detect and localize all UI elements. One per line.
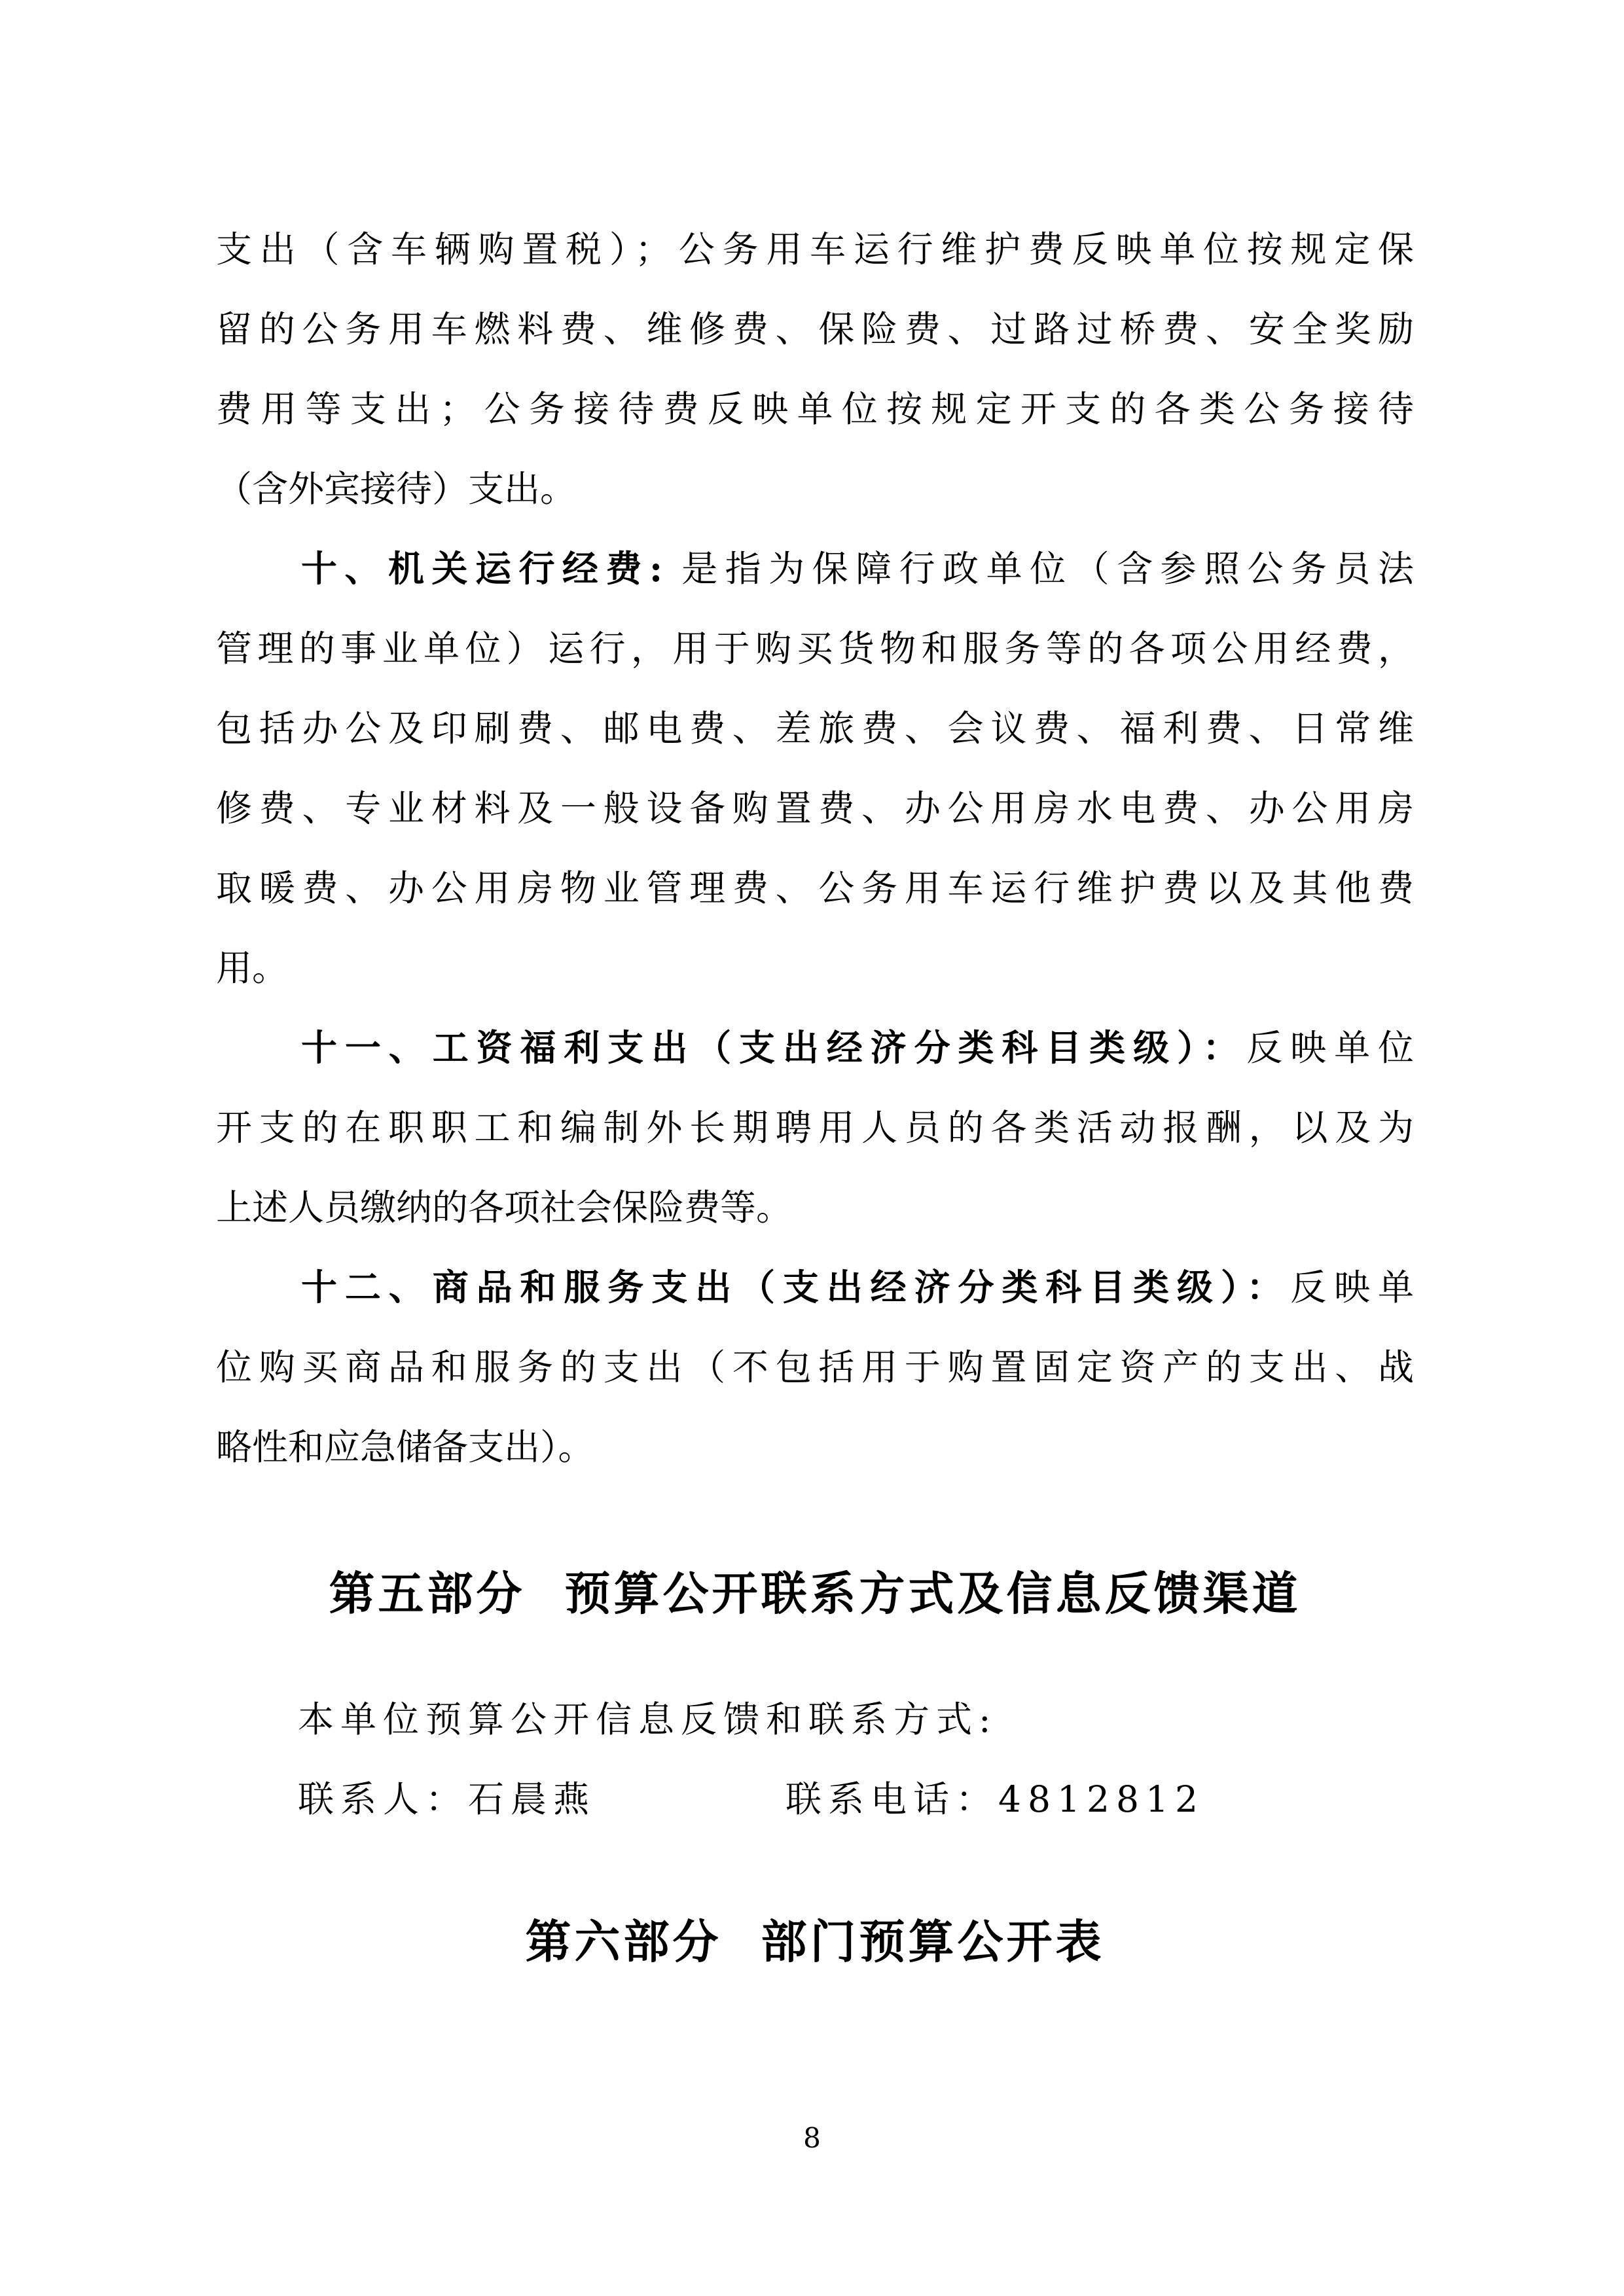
body-line-segment: 用。: [216, 947, 288, 989]
body-line: 修费、专业材料及一般设备购置费、办公用房水电费、办公用房: [216, 768, 1414, 848]
contact-line: 联系人：石晨燕 联系电话：4812812: [298, 1759, 1414, 1839]
body-line-segment-bold: 十二、商品和服务支出（支出经济分类科目类级）：: [301, 1266, 1290, 1308]
body-line-segment: 上述人员缴纳的各项社会保险费等。: [216, 1187, 792, 1229]
body-line: 开支的在职职工和编制外长期聘用人员的各类活动报酬，以及为: [216, 1088, 1414, 1168]
section6-heading-title: 部门预算公开表: [761, 1914, 1105, 1969]
body-line: 费用等支出；公务接待费反映单位按规定开支的各类公务接待: [216, 369, 1414, 449]
contact-intro: 本单位预算公开信息反馈和联系方式:: [298, 1679, 1414, 1759]
contact-person: 联系人：石晨燕: [298, 1778, 596, 1820]
body-line: 上述人员缴纳的各项社会保险费等。: [216, 1168, 1414, 1247]
body-line-segment-bold: 十、机关运行经费:: [301, 547, 662, 590]
body-line-segment-bold: 十一、工资福利支出（支出经济分类科目类级）：: [301, 1026, 1246, 1069]
section5-heading-title: 预算公开联系方式及信息反馈渠道: [565, 1566, 1301, 1621]
contact-phone-label: 联系电话：: [785, 1778, 998, 1820]
body-line: （含外宾接待）支出。: [216, 449, 1414, 529]
body-line-segment: 取暖费、办公用房物业管理费、公务用车运行维护费以及其他费: [216, 867, 1414, 909]
body-line: 十一、工资福利支出（支出经济分类科目类级）：反映单位: [216, 1008, 1414, 1088]
page-number: 8: [0, 2124, 1624, 2153]
body-line-segment: 反映单: [1290, 1266, 1414, 1308]
body-line-segment: 反映单位: [1246, 1027, 1414, 1069]
body-line: 十二、商品和服务支出（支出经济分类科目类级）：反映单: [216, 1247, 1414, 1327]
body-line-segment: 包括办公及印刷费、邮电费、差旅费、会议费、福利费、日常维: [216, 708, 1414, 749]
body-line: 管理的事业单位）运行，用于购买货物和服务等的各项公用经费，: [216, 609, 1414, 689]
contact-phone-number: 4812812: [998, 1778, 1204, 1820]
body-line-segment: 留的公务用车燃料费、维修费、保险费、过路过桥费、安全奖励: [216, 308, 1414, 350]
section6-heading-label: 第六部分: [526, 1914, 722, 1969]
contact-person-name: 石晨燕: [468, 1778, 596, 1820]
body-line-segment: 略性和应急储备支出）。: [216, 1426, 594, 1468]
body-line-segment: （含外宾接待）支出。: [216, 468, 576, 510]
body-line-segment: 开支的在职职工和编制外长期聘用人员的各类活动报酬，以及为: [216, 1107, 1414, 1149]
body-line-segment: 管理的事业单位）运行，用于购买货物和服务等的各项公用经费，: [216, 628, 1414, 670]
body-line-segment: 位购买商品和服务的支出（不包括用于购置固定资产的支出、战: [216, 1346, 1414, 1388]
body-line: 十、机关运行经费: 是指为保障行政单位（含参照公务员法: [216, 529, 1414, 609]
section5-heading: 第五部分预算公开联系方式及信息反馈渠道: [216, 1561, 1414, 1626]
body-line-segment: 是指为保障行政单位（含参照公务员法: [662, 548, 1414, 590]
document-page: 支出（含车辆购置税）；公务用车运行维护费反映单位按规定保 留的公务用车燃料费、维…: [0, 0, 1624, 2296]
body-line: 略性和应急储备支出）。: [216, 1407, 1414, 1487]
contact-phone: 联系电话：4812812: [785, 1759, 1204, 1839]
section6-heading: 第六部分部门预算公开表: [216, 1909, 1414, 1975]
body-line: 位购买商品和服务的支出（不包括用于购置固定资产的支出、战: [216, 1327, 1414, 1407]
body-line: 留的公务用车燃料费、维修费、保险费、过路过桥费、安全奖励: [216, 289, 1414, 369]
body-line: 取暖费、办公用房物业管理费、公务用车运行维护费以及其他费: [216, 848, 1414, 928]
body-line-segment: 支出（含车辆购置税）；公务用车运行维护费反映单位按规定保: [216, 228, 1414, 270]
body-line: 用。: [216, 928, 1414, 1008]
body-line: 包括办公及印刷费、邮电费、差旅费、会议费、福利费、日常维: [216, 689, 1414, 768]
body-line-segment: 修费、专业材料及一般设备购置费、办公用房水电费、办公用房: [216, 787, 1414, 829]
body-line-segment: 费用等支出；公务接待费反映单位按规定开支的各类公务接待: [216, 388, 1414, 430]
contact-person-label: 联系人：: [298, 1778, 468, 1820]
section5-heading-label: 第五部分: [329, 1566, 526, 1621]
body-line: 支出（含车辆购置税）；公务用车运行维护费反映单位按规定保: [216, 209, 1414, 289]
